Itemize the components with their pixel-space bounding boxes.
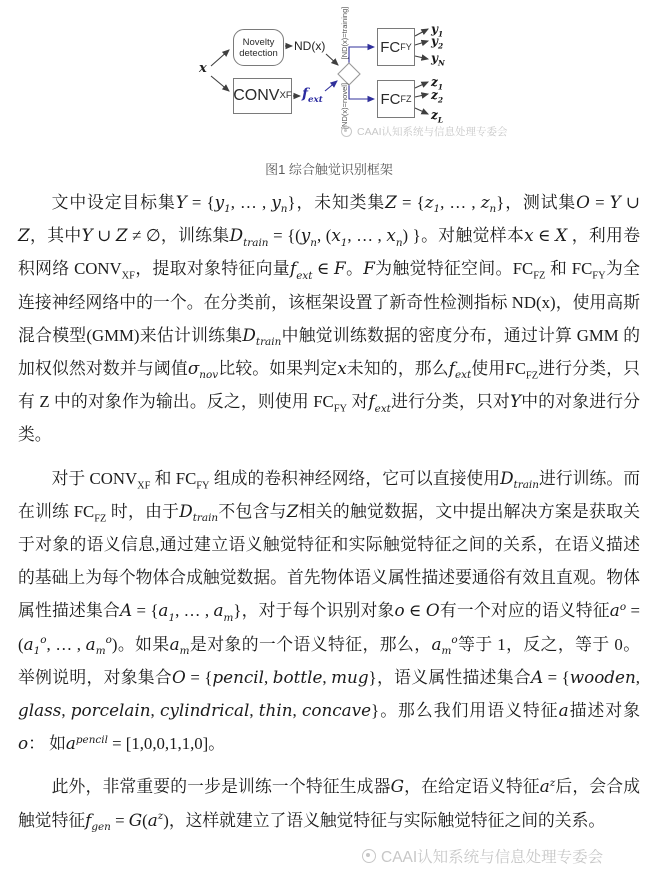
fc-fz-box: FCFZ bbox=[377, 80, 415, 118]
output-zL-label: zL bbox=[431, 108, 443, 122]
output-z2-label: z2 bbox=[431, 88, 443, 102]
figure-watermark-text: CAAI认知系统与信息处理专委会 bbox=[357, 124, 508, 139]
figure-diagram: x Novelty detection CONVXF ND(x) fext FC… bbox=[0, 0, 658, 150]
caai-logo-icon bbox=[341, 126, 352, 137]
footer-watermark: CAAI认知系统与信息处理专委会 bbox=[362, 845, 603, 867]
diagram-arrows-svg bbox=[0, 0, 658, 150]
figure-watermark: CAAI认知系统与信息处理专委会 bbox=[341, 124, 508, 139]
figure-caption: 图1 综合触觉识别框架 bbox=[0, 159, 658, 178]
document-page: x Novelty detection CONVXF ND(x) fext FC… bbox=[0, 0, 658, 883]
article-body: 文中设定目标集Y = {y1, … , yn}，未知类集Z = {z1, … ,… bbox=[18, 186, 640, 847]
input-x-label: x bbox=[199, 61, 207, 76]
novelty-detection-box: Novelty detection bbox=[233, 29, 284, 66]
paragraph-2: 对于 CONVXF 和 FCFY 组成的卷积神经网络，它可以直接使用Dtrain… bbox=[18, 462, 640, 761]
output-yN-label: yN bbox=[431, 51, 445, 65]
conv-xf-box: CONVXF bbox=[233, 78, 292, 114]
caai-logo-icon bbox=[362, 849, 376, 863]
nd-signal-label: ND(x) bbox=[294, 39, 325, 53]
fext-signal-label: fext bbox=[302, 86, 323, 102]
paragraph-1: 文中设定目标集Y = {y1, … , yn}，未知类集Z = {z1, … ,… bbox=[18, 186, 640, 452]
branch-training-label: [ND(x)=training] bbox=[340, 0, 350, 68]
output-z1-label: z1 bbox=[431, 75, 443, 89]
paragraph-3: 此外，非常重要的一步是训练一个特征生成器G，在给定语义特征az后，会合成触觉特征… bbox=[18, 770, 640, 836]
footer-watermark-text: CAAI认知系统与信息处理专委会 bbox=[381, 845, 603, 867]
fc-fy-box: FCFY bbox=[377, 28, 415, 66]
output-y2-label: y2 bbox=[431, 34, 443, 48]
